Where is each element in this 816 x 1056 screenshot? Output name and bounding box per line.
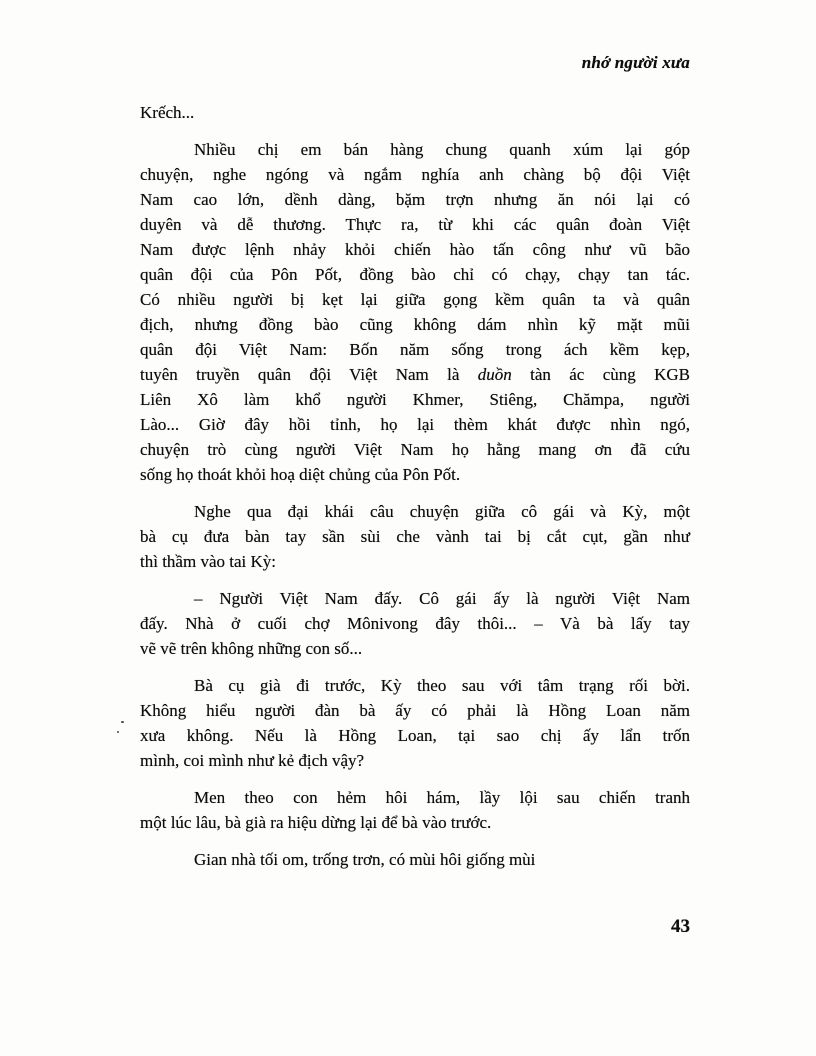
text-line: tuyên truyền quân đội Việt Nam là duồn t… (140, 362, 690, 387)
text-line: Men theo con hẻm hôi hám, lầy lội sau ch… (140, 785, 690, 810)
text-segment: Nam cao lớn, dềnh dàng, bặm trợn nhưng ă… (140, 190, 690, 209)
text-line: Nhiều chị em bán hàng chung quanh xúm lạ… (140, 137, 690, 162)
text-segment: Nghe qua đại khái câu chuyện giữa cô gái… (194, 502, 690, 521)
text-line: Nam được lệnh nhảy khỏi chiến hào tấn cô… (140, 237, 690, 262)
text-segment: thì thầm vào tai Kỳ: (140, 552, 276, 571)
text-segment: sống họ thoát khỏi hoạ diệt chủng của Pô… (140, 465, 460, 484)
text-segment: Nhiều chị em bán hàng chung quanh xúm lạ… (194, 140, 690, 159)
text-segment: xưa không. Nếu là Hồng Loan, tại sao chị… (140, 726, 690, 745)
scan-speck (121, 721, 124, 723)
text-segment: địch, nhưng đồng bào cũng không dám nhìn… (140, 315, 690, 334)
text-segment: Không hiểu người đàn bà ấy có phải là Hồ… (140, 701, 690, 720)
text-line: xưa không. Nếu là Hồng Loan, tại sao chị… (140, 723, 690, 748)
text-line: Nam cao lớn, dềnh dàng, bặm trợn nhưng ă… (140, 187, 690, 212)
text-segment: Có nhiều người bị kẹt lại giữa gọng kềm … (140, 290, 690, 309)
text-segment: quân đội Việt Nam: Bốn năm sống trong ác… (140, 340, 690, 359)
text-segment: Nam được lệnh nhảy khỏi chiến hào tấn cô… (140, 240, 690, 259)
text-segment: Men theo con hẻm hôi hám, lầy lội sau ch… (194, 788, 690, 807)
text-segment: Krếch... (140, 103, 194, 122)
text-segment: Liên Xô làm khổ người Khmer, Stiêng, Chă… (140, 390, 690, 409)
paragraph: Gian nhà tối om, trống trơn, có mùi hôi … (140, 847, 690, 872)
text-line: thì thầm vào tai Kỳ: (140, 549, 690, 574)
italic-text: duồn (478, 365, 512, 384)
text-line: mình, coi mình như kẻ địch vậy? (140, 748, 690, 773)
text-segment: một lúc lâu, bà già ra hiệu dừng lại để … (140, 813, 491, 832)
paragraph: Bà cụ già đi trước, Kỳ theo sau với tâm … (140, 673, 690, 773)
text-line: Có nhiều người bị kẹt lại giữa gọng kềm … (140, 287, 690, 312)
text-line: Không hiểu người đàn bà ấy có phải là Hồ… (140, 698, 690, 723)
scan-speck (117, 731, 119, 733)
text-line: địch, nhưng đồng bào cũng không dám nhìn… (140, 312, 690, 337)
text-segment: – Người Việt Nam đấy. Cô gái ấy là người… (194, 589, 690, 608)
paragraph: Nhiều chị em bán hàng chung quanh xúm lạ… (140, 137, 690, 487)
paragraph: – Người Việt Nam đấy. Cô gái ấy là người… (140, 586, 690, 661)
text-line: một lúc lâu, bà già ra hiệu dừng lại để … (140, 810, 690, 835)
text-segment: đấy. Nhà ở cuối chợ Mônivong đây thôi...… (140, 614, 690, 633)
text-line: vẽ vẽ trên không những con số... (140, 636, 690, 661)
text-line: đấy. Nhà ở cuối chợ Mônivong đây thôi...… (140, 611, 690, 636)
text-line: Nghe qua đại khái câu chuyện giữa cô gái… (140, 499, 690, 524)
text-line: quân đội của Pôn Pốt, đồng bào chỉ có ch… (140, 262, 690, 287)
paragraph: Nghe qua đại khái câu chuyện giữa cô gái… (140, 499, 690, 574)
page-number: 43 (140, 916, 690, 938)
text-line: duyên và dễ thương. Thực ra, từ khi các … (140, 212, 690, 237)
book-page: nhớ người xưa Krếch...Nhiều chị em bán h… (0, 0, 816, 1056)
text-line: chuyện, nghe ngóng và ngắm nghía anh chà… (140, 162, 690, 187)
text-segment: duyên và dễ thương. Thực ra, từ khi các … (140, 215, 690, 234)
text-segment: tàn ác cùng KGB (512, 365, 690, 384)
text-segment: quân đội của Pôn Pốt, đồng bào chỉ có ch… (140, 265, 690, 284)
text-line: chuyện trò cùng người Việt Nam họ hằng m… (140, 437, 690, 462)
text-line: bà cụ đưa bàn tay sần sùi che vành tai b… (140, 524, 690, 549)
paragraph: Krếch... (140, 100, 690, 125)
text-line: Bà cụ già đi trước, Kỳ theo sau với tâm … (140, 673, 690, 698)
text-segment: Lào... Giờ đây hồi tỉnh, họ lại thèm khá… (140, 415, 690, 434)
text-line: sống họ thoát khỏi hoạ diệt chủng của Pô… (140, 462, 690, 487)
text-segment: chuyện, nghe ngóng và ngắm nghía anh chà… (140, 165, 690, 184)
text-segment: vẽ vẽ trên không những con số... (140, 639, 362, 658)
paragraph: Men theo con hẻm hôi hám, lầy lội sau ch… (140, 785, 690, 835)
text-segment: bà cụ đưa bàn tay sần sùi che vành tai b… (140, 527, 690, 546)
text-line: – Người Việt Nam đấy. Cô gái ấy là người… (140, 586, 690, 611)
text-segment: Gian nhà tối om, trống trơn, có mùi hôi … (194, 850, 535, 869)
running-header: nhớ người xưa (140, 52, 690, 74)
text-body: Krếch...Nhiều chị em bán hàng chung quan… (140, 100, 690, 884)
text-segment: Bà cụ già đi trước, Kỳ theo sau với tâm … (194, 676, 690, 695)
text-segment: tuyên truyền quân đội Việt Nam là (140, 365, 478, 384)
text-line: quân đội Việt Nam: Bốn năm sống trong ác… (140, 337, 690, 362)
text-line: Gian nhà tối om, trống trơn, có mùi hôi … (140, 847, 690, 872)
text-segment: chuyện trò cùng người Việt Nam họ hằng m… (140, 440, 690, 459)
text-line: Krếch... (140, 100, 690, 125)
text-line: Liên Xô làm khổ người Khmer, Stiêng, Chă… (140, 387, 690, 412)
text-line: Lào... Giờ đây hồi tỉnh, họ lại thèm khá… (140, 412, 690, 437)
text-segment: mình, coi mình như kẻ địch vậy? (140, 751, 364, 770)
